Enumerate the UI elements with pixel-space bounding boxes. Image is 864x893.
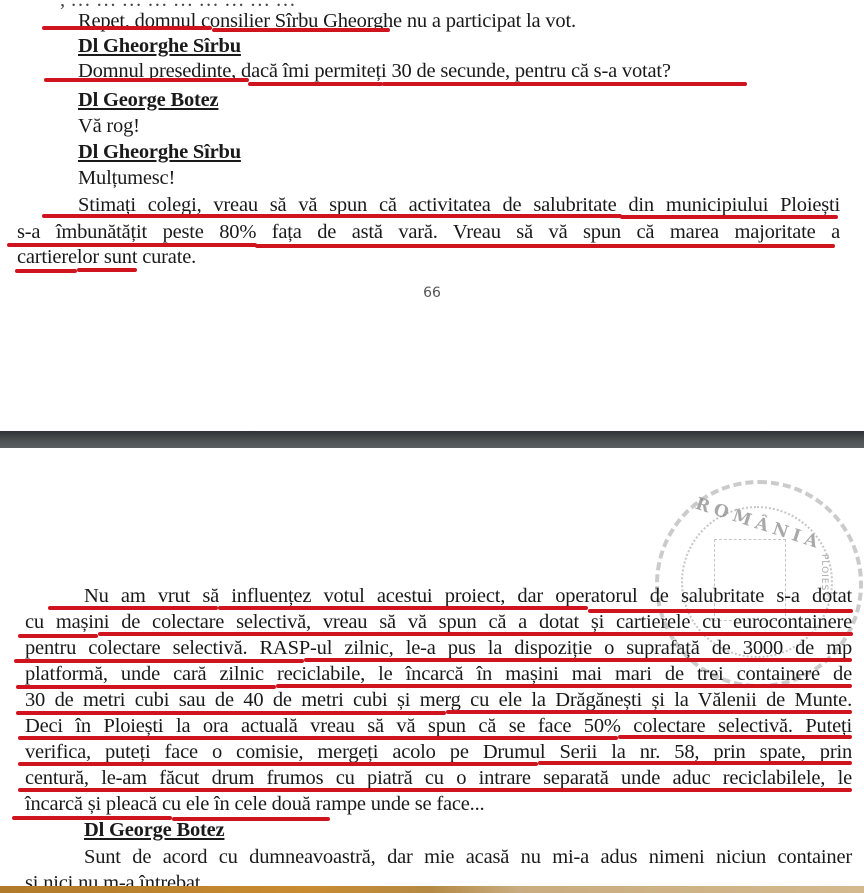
paragraph-line: 30 de metri cubi sau de 40 de metri cubi… (25, 688, 852, 712)
red-underline-mark (7, 243, 257, 247)
paragraph-line: s-a îmbunătățit peste 80% fața de astă v… (17, 220, 840, 244)
paragraph-line: încarcă și pleacă cu ele în cele două ra… (25, 792, 484, 816)
red-underline-mark (276, 684, 852, 688)
red-underline-mark (16, 711, 446, 715)
paragraph-line: platformă, unde cară zilnic reciclabile,… (25, 662, 852, 686)
red-underline-mark (588, 609, 853, 613)
red-underline-mark (218, 606, 588, 610)
red-underline-mark (18, 762, 538, 766)
red-underline-mark (15, 269, 77, 273)
red-underline-mark (77, 268, 137, 272)
red-underline-mark (42, 26, 212, 30)
document-page-bottom: ROMÂNIA PLOIEȘTI Nu am vrut să influențe… (0, 448, 864, 886)
red-underline-mark (44, 78, 249, 82)
red-underline-mark (48, 606, 218, 610)
bottom-decorative-bar (0, 886, 864, 893)
paragraph-line: Sunt de acord cu dumneavoastră, dar mie … (84, 845, 852, 869)
red-underline-mark (172, 817, 330, 821)
text-line: Vă rog! (78, 114, 140, 138)
paragraph-line: pentru colectare selectivă. RASP-ul ziln… (25, 636, 852, 660)
red-underline-mark (538, 761, 852, 765)
speaker-name: Dl George Botez (84, 818, 224, 842)
page-separator (0, 431, 864, 448)
red-underline-mark (255, 244, 835, 248)
paragraph-line: centură, le-am făcut drum frumos cu piat… (25, 766, 852, 790)
red-underline-mark (248, 82, 383, 86)
red-underline-mark (382, 82, 747, 86)
red-underline-mark (18, 736, 618, 740)
red-underline-mark (98, 632, 853, 636)
paragraph-line: cu mașini de colectare selectivă, vreau … (25, 610, 852, 634)
red-underline-mark (212, 28, 390, 32)
paragraph-line: Nu am vrut să influențez votul acestui p… (84, 584, 852, 608)
red-underline-mark (12, 816, 172, 820)
red-underline-mark (18, 634, 98, 638)
red-underline-mark (42, 214, 622, 218)
page-number: 66 (0, 285, 864, 301)
red-underline-mark (16, 685, 276, 689)
paragraph-line: cartierelor sunt curate. (17, 245, 196, 269)
red-underline-mark (14, 659, 304, 663)
red-underline-mark (18, 788, 852, 792)
speaker-name: Dl Gheorghe Sîrbu (78, 140, 241, 164)
speaker-name: Dl George Botez (78, 88, 218, 112)
document-page-top: , … … … … … … … … … Repet, domnul consil… (0, 0, 864, 431)
red-underline-mark (446, 710, 852, 714)
red-underline-mark (618, 735, 852, 739)
speaker-name: Dl Gheorghe Sîrbu (78, 34, 241, 58)
text-line: Mulțumesc! (78, 166, 175, 190)
red-underline-mark (620, 215, 838, 219)
red-underline-mark (304, 658, 852, 662)
